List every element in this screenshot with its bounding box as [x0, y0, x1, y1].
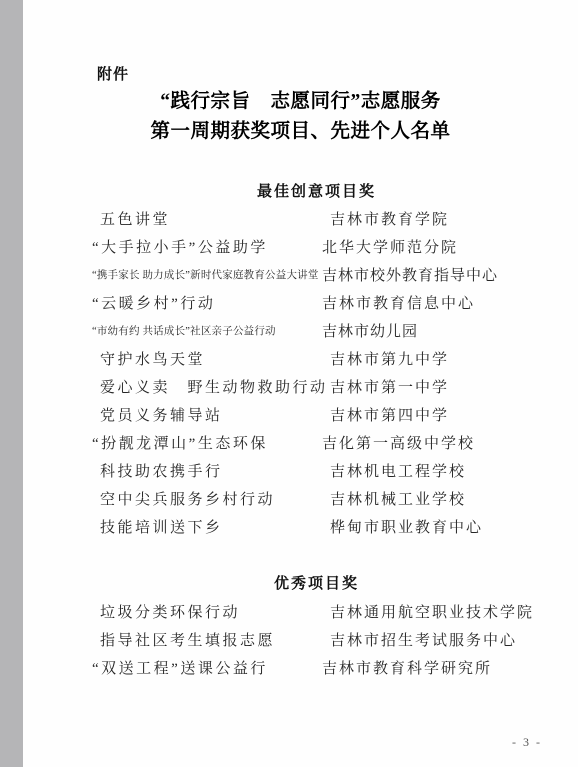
project-name: 科技助农携手行 [100, 460, 330, 481]
award-row: “携手家长 助力成长”新时代家庭教育公益大讲堂 吉林市校外教育指导中心 [100, 260, 558, 288]
award-row: 垃圾分类环保行动 吉林通用航空职业技术学院 [100, 597, 558, 625]
project-name: 空中尖兵服务乡村行动 [100, 488, 330, 509]
document-title: “践行宗旨 志愿同行”志愿服务 第一周期获奖项目、先进个人名单 [23, 87, 578, 147]
section-heading-best-creative-project-award: 最佳创意项目奖 [100, 180, 533, 201]
project-name: 指导社区考生填报志愿 [100, 629, 330, 650]
award-row: 指导社区考生填报志愿 吉林市招生考试服务中心 [100, 625, 558, 653]
organization-name: 吉林机电工程学校 [330, 460, 558, 481]
document-title-line1: “践行宗旨 志愿同行”志愿服务 [23, 87, 578, 117]
organization-name: 吉林市幼儿园 [322, 320, 558, 341]
project-name: “市幼有约 共话成长”社区亲子公益行动 [92, 323, 322, 338]
project-name: 技能培训送下乡 [100, 516, 330, 537]
award-row: 科技助农携手行 吉林机电工程学校 [100, 456, 558, 484]
organization-name: 北华大学师范分院 [322, 236, 558, 257]
award-row: 党员义务辅导站 吉林市第四中学 [100, 400, 558, 428]
award-row: 空中尖兵服务乡村行动 吉林机械工业学校 [100, 484, 558, 512]
project-name: “扮靓龙潭山”生态环保 [92, 432, 322, 453]
project-name: 爱心义卖 野生动物救助行动 [100, 376, 330, 397]
award-list-best-creative: 五色讲堂 吉林市教育学院 “大手拉小手”公益助学 北华大学师范分院 “携手家长 … [100, 204, 558, 540]
organization-name: 吉林市教育信息中心 [322, 292, 558, 313]
organization-name: 吉林市教育科学研究所 [322, 657, 558, 678]
organization-name: 桦甸市职业教育中心 [330, 516, 558, 537]
project-name: 五色讲堂 [100, 208, 330, 229]
award-row: “市幼有约 共话成长”社区亲子公益行动 吉林市幼儿园 [100, 316, 558, 344]
award-row: 爱心义卖 野生动物救助行动 吉林市第一中学 [100, 372, 558, 400]
organization-name: 吉林市第一中学 [330, 376, 558, 397]
organization-name: 吉化第一高级中学校 [322, 432, 558, 453]
project-name: “云暖乡村”行动 [92, 292, 322, 313]
project-name: 垃圾分类环保行动 [100, 601, 330, 622]
award-row: 五色讲堂 吉林市教育学院 [100, 204, 558, 232]
organization-name: 吉林市第九中学 [330, 348, 558, 369]
organization-name: 吉林机械工业学校 [330, 488, 558, 509]
organization-name: 吉林市第四中学 [330, 404, 558, 425]
project-name: “双送工程”送课公益行 [92, 657, 322, 678]
project-name: “携手家长 助力成长”新时代家庭教育公益大讲堂 [92, 267, 322, 282]
organization-name: 吉林市教育学院 [330, 208, 558, 229]
project-name: “大手拉小手”公益助学 [92, 236, 322, 257]
section-heading-excellent-project-award: 优秀项目奖 [100, 572, 533, 593]
award-row: 守护水鸟天堂 吉林市第九中学 [100, 344, 558, 372]
award-row: “云暖乡村”行动 吉林市教育信息中心 [100, 288, 558, 316]
project-name: 守护水鸟天堂 [100, 348, 330, 369]
organization-name: 吉林通用航空职业技术学院 [330, 601, 558, 622]
scanner-edge-band [0, 0, 23, 767]
project-name: 党员义务辅导站 [100, 404, 330, 425]
organization-name: 吉林市校外教育指导中心 [322, 264, 558, 285]
award-row: 技能培训送下乡 桦甸市职业教育中心 [100, 512, 558, 540]
award-list-excellent: 垃圾分类环保行动 吉林通用航空职业技术学院 指导社区考生填报志愿 吉林市招生考试… [100, 597, 558, 681]
award-row: “大手拉小手”公益助学 北华大学师范分院 [100, 232, 558, 260]
document-title-line2: 第一周期获奖项目、先进个人名单 [23, 117, 578, 147]
award-row: “双送工程”送课公益行 吉林市教育科学研究所 [100, 653, 558, 681]
organization-name: 吉林市招生考试服务中心 [330, 629, 558, 650]
attachment-label: 附件 [97, 63, 129, 84]
award-row: “扮靓龙潭山”生态环保 吉化第一高级中学校 [100, 428, 558, 456]
page-number: - 3 - [512, 735, 542, 750]
